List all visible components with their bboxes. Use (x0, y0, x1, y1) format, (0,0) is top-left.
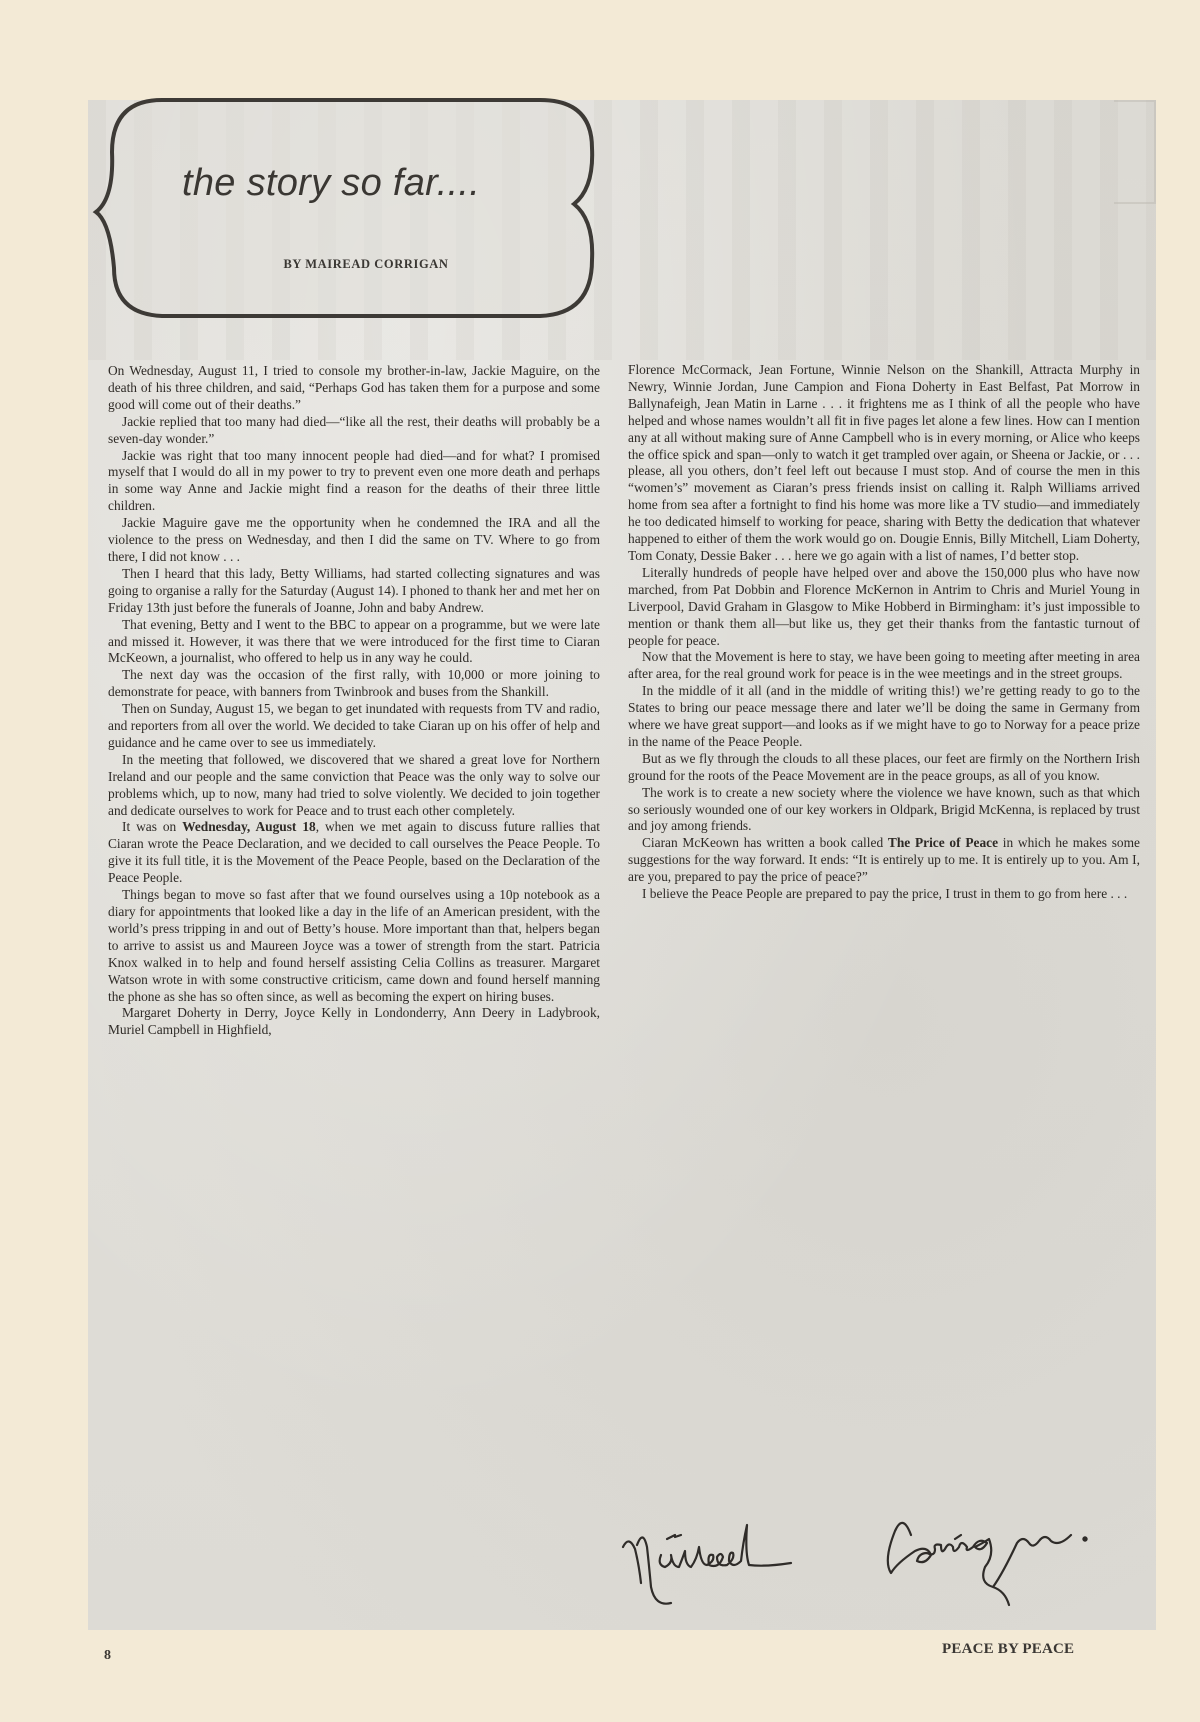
paragraph: But as we fly through the clouds to all … (628, 751, 1140, 785)
paragraph: Now that the Movement is here to stay, w… (628, 649, 1140, 683)
paragraph: Ciaran McKeown has written a book called… (628, 835, 1140, 886)
show-through-text (385, 1656, 585, 1670)
paragraph: Florence McCormack, Jean Fortune, Winnie… (628, 362, 1140, 565)
publication-name: PEACE BY PEACE (942, 1641, 1074, 1658)
page-number: 8 (104, 1648, 111, 1664)
text-run: Literally hundreds of people have helped… (628, 565, 1140, 648)
paragraph: Jackie Maguire gave me the opportunity w… (108, 515, 600, 566)
text-run: Jackie Maguire gave me the opportunity w… (108, 515, 600, 564)
handwritten-signature-icon: Mairead Corrigan (615, 1495, 1175, 1625)
text-run: That evening, Betty and I went to the BB… (108, 617, 600, 666)
title-box: the story so far.... BY MAIREAD CORRIGAN (92, 92, 620, 328)
paragraph: Jackie was right that too many innocent … (108, 448, 600, 516)
paragraph: I believe the Peace People are prepared … (628, 886, 1140, 903)
text-run: It was on (122, 819, 182, 834)
paragraph: Literally hundreds of people have helped… (628, 565, 1140, 650)
bold-phrase: Wednesday, August 18 (182, 819, 316, 834)
text-run: Then on Sunday, August 15, we began to g… (108, 701, 600, 750)
text-run: Things began to move so fast after that … (108, 887, 600, 1003)
text-run: The work is to create a new society wher… (628, 785, 1140, 834)
text-run: On Wednesday, August 11, I tried to cons… (108, 363, 600, 412)
paragraph: Jackie replied that too many had died—“l… (108, 414, 600, 448)
paragraph: Then on Sunday, August 15, we began to g… (108, 701, 600, 752)
text-run: Now that the Movement is here to stay, w… (628, 649, 1140, 681)
text-run: In the middle of it all (and in the midd… (628, 683, 1140, 749)
paragraph: The next day was the occasion of the fir… (108, 667, 600, 701)
text-run: In the meeting that followed, we discove… (108, 752, 600, 818)
bold-phrase: The Price of Peace (888, 835, 998, 850)
paragraph: Margaret Doherty in Derry, Joyce Kelly i… (108, 1005, 600, 1039)
text-run: Jackie was right that too many innocent … (108, 448, 600, 514)
paragraph: It was on Wednesday, August 18, when we … (108, 819, 600, 887)
paragraph: Things began to move so fast after that … (108, 887, 600, 1005)
paragraph: In the meeting that followed, we discove… (108, 752, 600, 820)
paragraph: On Wednesday, August 11, I tried to cons… (108, 363, 600, 414)
text-run: The next day was the occasion of the fir… (108, 667, 600, 699)
right-column: Florence McCormack, Jean Fortune, Winnie… (628, 362, 1140, 903)
signature: Mairead Corrigan (615, 1495, 1175, 1625)
paragraph: In the middle of it all (and in the midd… (628, 683, 1140, 751)
left-column: On Wednesday, August 11, I tried to cons… (108, 363, 600, 1039)
article-byline: BY MAIREAD CORRIGAN (92, 257, 620, 272)
bracket-frame-icon (92, 92, 620, 328)
paragraph: That evening, Betty and I went to the BB… (108, 617, 600, 668)
paragraph: The work is to create a new society wher… (628, 785, 1140, 836)
text-run: But as we fly through the clouds to all … (628, 751, 1140, 783)
text-run: Ciaran McKeown has written a book called (642, 835, 888, 850)
paragraph: Then I heard that this lady, Betty Willi… (108, 566, 600, 617)
text-run: I believe the Peace People are prepared … (642, 886, 1127, 901)
article-title: the story so far.... (182, 162, 480, 205)
text-run: Jackie replied that too many had died—“l… (108, 414, 600, 446)
text-run: Then I heard that this lady, Betty Willi… (108, 566, 600, 615)
text-run: Florence McCormack, Jean Fortune, Winnie… (628, 362, 1140, 563)
text-run: Margaret Doherty in Derry, Joyce Kelly i… (108, 1005, 600, 1037)
